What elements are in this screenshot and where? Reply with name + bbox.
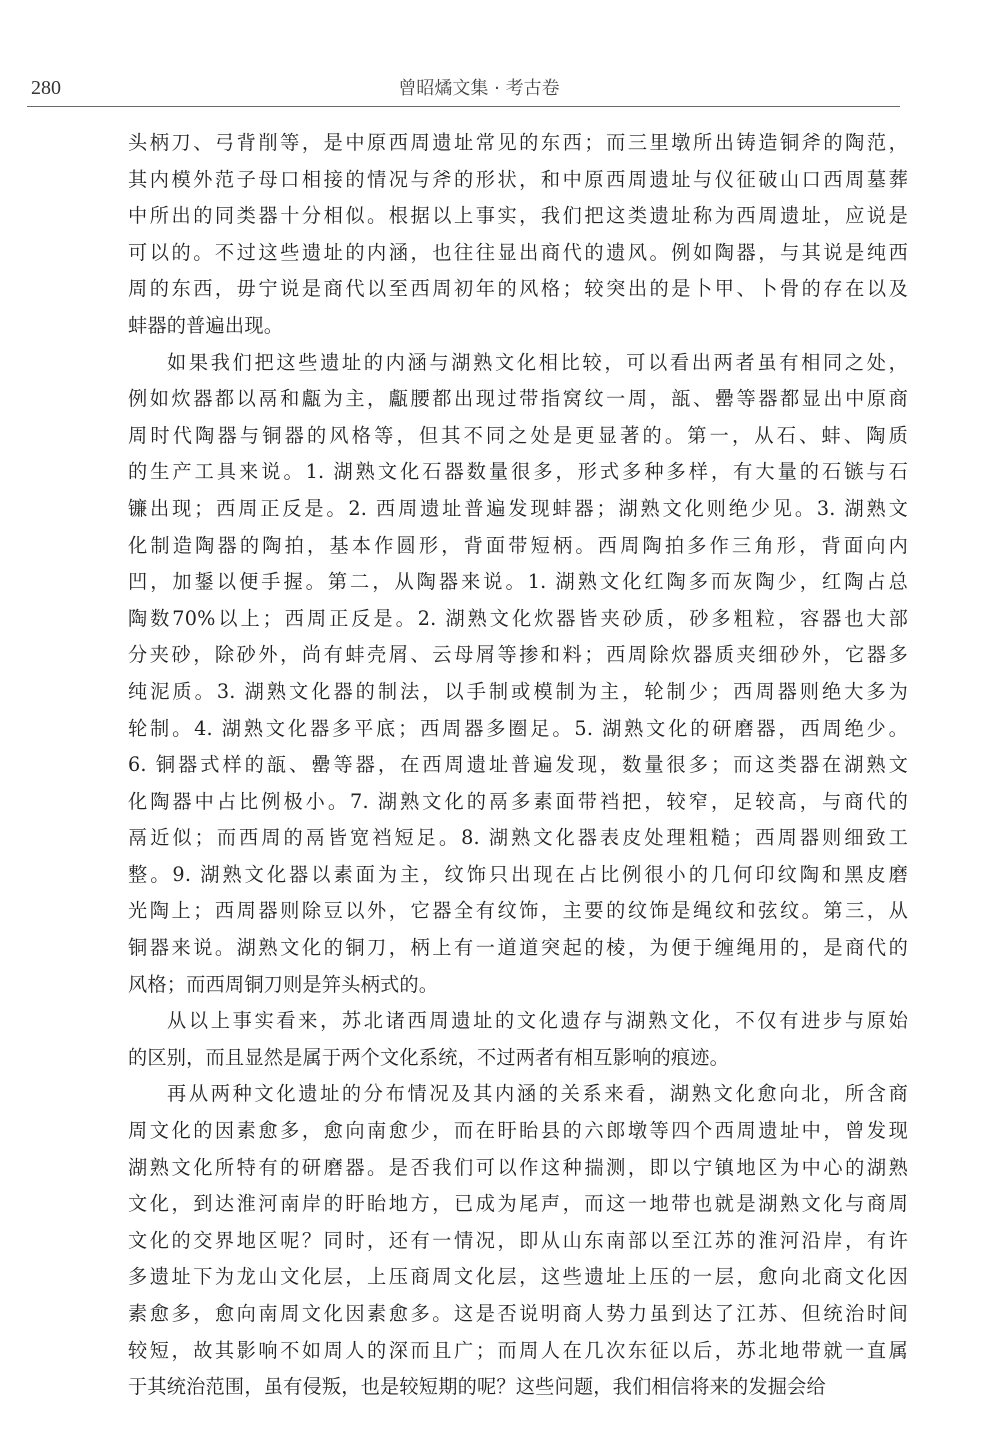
paragraph: 再从两种文化遗址的分布情况及其内涵的关系来看，湖熟文化愈向北，所含商周文化的因素… xyxy=(128,1076,908,1405)
text-line: 头柄刀、弓背削等，是中原西周遗址常见的东西；而三里墩所出铸造铜斧的陶范， xyxy=(128,125,908,162)
text-line: 蚌器的普遍出现。 xyxy=(128,308,908,345)
text-line: 周的东西，毋宁说是商代以至西周初年的风格；较突出的是卜甲、卜骨的存在以及 xyxy=(128,271,908,308)
text-line: 凹，加鋬以便手握。第二，从陶器来说。1. 湖熟文化红陶多而灰陶少，红陶占总 xyxy=(128,564,908,601)
text-line: 化制造陶器的陶拍，基本作圆形，背面带短柄。西周陶拍多作三角形，背面向内 xyxy=(128,528,908,565)
text-line: 于其统治范围，虽有侵叛，也是较短期的呢？这些问题，我们相信将来的发掘会给 xyxy=(128,1369,908,1406)
text-line: 文化，到达淮河南岸的盱眙地方，已成为尾声，而这一地带也就是湖熟文化与商周 xyxy=(128,1186,908,1223)
text-line: 分夹砂，除砂外，尚有蚌壳屑、云母屑等掺和料；西周除炊器质夹细砂外，它器多 xyxy=(128,637,908,674)
text-line: 文化的交界地区呢？同时，还有一情况，即从山东南部以至江苏的淮河沿岸，有许 xyxy=(128,1223,908,1260)
running-title: 曾昭燏文集 · 考古卷 xyxy=(0,74,998,100)
text-line: 周时代陶器与铜器的风格等，但其不同之处是更显著的。第一，从石、蚌、陶质 xyxy=(128,418,908,455)
text-line: 镰出现；西周正反是。2. 西周遗址普遍发现蚌器；湖熟文化则绝少见。3. 湖熟文 xyxy=(128,491,908,528)
text-line: 鬲近似；而西周的鬲皆宽裆短足。8. 湖熟文化器表皮处理粗糙；西周器则细致工 xyxy=(128,820,908,857)
paragraph: 头柄刀、弓背削等，是中原西周遗址常见的东西；而三里墩所出铸造铜斧的陶范，其内模外… xyxy=(128,125,908,345)
text-line: 湖熟文化所特有的研磨器。是否我们可以作这种揣测，即以宁镇地区为中心的湖熟 xyxy=(128,1150,908,1187)
text-line: 纯泥质。3. 湖熟文化器的制法，以手制或模制为主，轮制少；西周器则绝大多为 xyxy=(128,674,908,711)
text-line: 素愈多，愈向南周文化因素愈多。这是否说明商人势力虽到达了江苏、但统治时间 xyxy=(128,1296,908,1333)
text-line: 从以上事实看来，苏北诸西周遗址的文化遗存与湖熟文化，不仅有进步与原始 xyxy=(128,1003,908,1040)
text-line: 化陶器中占比例极小。7. 湖熟文化的鬲多素面带裆把，较窄，足较高，与商代的 xyxy=(128,784,908,821)
text-line: 的生产工具来说。1. 湖熟文化石器数量很多，形式多种多样，有大量的石镞与石 xyxy=(128,454,908,491)
text-line: 风格；而西周铜刀则是笄头柄式的。 xyxy=(128,967,908,1004)
body-text: 头柄刀、弓背削等，是中原西周遗址常见的东西；而三里墩所出铸造铜斧的陶范，其内模外… xyxy=(128,125,908,1406)
text-line: 6. 铜器式样的瓿、罍等器，在西周遗址普遍发现，数量很多；而这类器在湖熟文 xyxy=(128,747,908,784)
text-line: 再从两种文化遗址的分布情况及其内涵的关系来看，湖熟文化愈向北，所含商 xyxy=(128,1076,908,1113)
text-line: 陶数70%以上；西周正反是。2. 湖熟文化炊器皆夹砂质，砂多粗粒，容器也大部 xyxy=(128,601,908,638)
paragraph: 如果我们把这些遗址的内涵与湖熟文化相比较，可以看出两者虽有相同之处，例如炊器都以… xyxy=(128,345,908,1004)
text-line: 整。9. 湖熟文化器以素面为主，纹饰只出现在占比例很小的几何印纹陶和黑皮磨 xyxy=(128,857,908,894)
text-line: 周文化的因素愈多，愈向南愈少，而在盱眙县的六郎墩等四个西周遗址中，曾发现 xyxy=(128,1113,908,1150)
text-line: 其内模外范子母口相接的情况与斧的形状，和中原西周遗址与仪征破山口西周墓葬 xyxy=(128,162,908,199)
text-line: 中所出的同类器十分相似。根据以上事实，我们把这类遗址称为西周遗址，应说是 xyxy=(128,198,908,235)
text-line: 可以的。不过这些遗址的内涵，也往往显出商代的遗风。例如陶器，与其说是纯西 xyxy=(128,235,908,272)
paragraph: 从以上事实看来，苏北诸西周遗址的文化遗存与湖熟文化，不仅有进步与原始的区别，而且… xyxy=(128,1003,908,1076)
text-line: 铜器来说。湖熟文化的铜刀，柄上有一道道突起的棱，为便于缠绳用的，是商代的 xyxy=(128,930,908,967)
text-line: 多遗址下为龙山文化层，上压商周文化层，这些遗址上压的一层，愈向北商文化因 xyxy=(128,1259,908,1296)
text-line: 如果我们把这些遗址的内涵与湖熟文化相比较，可以看出两者虽有相同之处， xyxy=(128,345,908,382)
header-rule xyxy=(27,106,900,107)
text-line: 光陶上；西周器则除豆以外，它器全有纹饰，主要的纹饰是绳纹和弦纹。第三，从 xyxy=(128,893,908,930)
text-line: 例如炊器都以鬲和甗为主，甗腰都出现过带指窝纹一周，瓿、罍等器都显出中原商 xyxy=(128,381,908,418)
text-line: 轮制。4. 湖熟文化器多平底；西周器多圈足。5. 湖熟文化的研磨器，西周绝少。 xyxy=(128,711,908,748)
text-line: 的区别，而且显然是属于两个文化系统，不过两者有相互影响的痕迹。 xyxy=(128,1040,908,1077)
text-line: 较短，故其影响不如周人的深而且广；而周人在几次东征以后，苏北地带就一直属 xyxy=(128,1333,908,1370)
